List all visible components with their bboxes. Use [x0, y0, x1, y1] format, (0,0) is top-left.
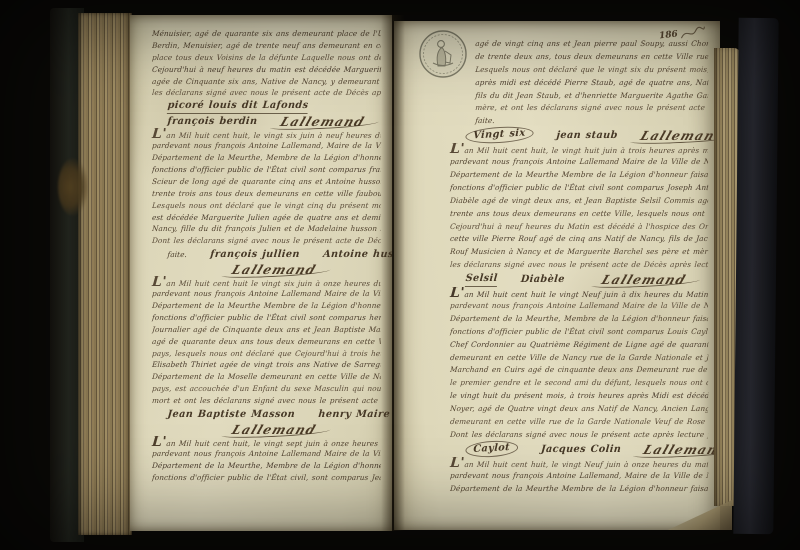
manuscript-line: Cejourd'hui à neuf heures du matin est d… — [151, 64, 381, 76]
manuscript-line: pays, est accouchée d'un Enfant du sexe … — [151, 383, 381, 395]
manuscript-line: les déclarans signé avec nous le présent… — [449, 259, 708, 272]
manuscript-line: fonctions d'officier public de l'État ci… — [449, 326, 708, 339]
signature: jean staub — [556, 129, 619, 143]
manuscript-line: pardevant nous françois Antoine Lalleman… — [449, 300, 708, 313]
manuscript-line: pardevant nous françois Antoine Lalleman… — [151, 288, 381, 300]
manuscript-line: Elisabeth Thiriet agée de vingt trois an… — [151, 359, 381, 371]
page-edge-stain — [58, 158, 88, 216]
manuscript-line: agée de Cinquante six ans, Native de Nan… — [151, 76, 381, 88]
manuscript-line: Scieur de long agé de quarante cinq ans … — [151, 176, 381, 188]
manuscript-line: L'an Mil huit cent huit, le vingt Neuf j… — [449, 457, 708, 470]
manuscript-line: Nancy, fille du dit françois Julien et d… — [151, 223, 381, 235]
manuscript-line: L'an Mil huit cent huit le vingt Neuf ju… — [449, 287, 708, 300]
manuscript-line: Dont les déclarans signé avec nous le pr… — [449, 429, 708, 442]
manuscript-line: Rouf Musicien à Nancy et de Marguerite B… — [449, 246, 708, 259]
manuscript-line: Chef Cordonnier au Quatrième Régiment de… — [449, 339, 708, 352]
manuscript-line: est décédée Marguerite Julien agée de qu… — [151, 212, 381, 224]
signature: Diabèle — [520, 273, 565, 287]
manuscript-line: Département de la Meurthe Membre de la L… — [449, 169, 708, 182]
manuscript-line: fils du dit Jean Staub, et d'henriette M… — [449, 90, 708, 103]
manuscript-line: Département de la Meurthe Membre de la L… — [449, 483, 708, 496]
manuscript-line: faite. — [449, 115, 708, 128]
manuscript-line: cette ville Pierre Rouf agé de cinq ans … — [449, 233, 708, 246]
manuscript-line: le vingt huit du présent mois, à trois h… — [449, 390, 708, 403]
signature: Jean Baptiste Masson — [167, 408, 296, 422]
signature: Lallemand — [600, 273, 689, 287]
manuscript-line: Lesquels nous ont déclaré que le vingt c… — [151, 200, 381, 212]
manuscript-line: fonctions d'officier public de l'État ci… — [151, 164, 381, 176]
signature: Lallemand — [278, 114, 367, 128]
manuscript-line: Cejourd'hui à neuf heures du Matin est d… — [449, 221, 708, 234]
right-page: 186 agé de vingt cinq ans et Jean pierre… — [394, 21, 720, 530]
signature: Lallemand — [638, 129, 720, 143]
manuscript-line: L'an Mil huit cent huit, le vingt huit j… — [449, 143, 708, 156]
book-cover-right — [733, 18, 778, 534]
signature-row: Lallemand — [151, 262, 381, 277]
manuscript-line: pays, lesquels nous ont déclaré que Cejo… — [151, 348, 381, 360]
manuscript-line: fonctions d'officier public de l'État ci… — [449, 182, 708, 195]
left-page: Ménuisier, agé de quarante six ans demeu… — [130, 15, 392, 531]
signature-row: CaylotJacques ColinLallemand — [449, 442, 708, 457]
manuscript-line: agé de vingt cinq ans et Jean pierre pau… — [449, 38, 708, 51]
signature-row: Vingt sixjean staubLallemand — [449, 128, 708, 143]
signature: Jacques Colin — [540, 443, 621, 457]
manuscript-line: Diabèle agé de vingt deux ans, et Jean B… — [449, 195, 708, 208]
signature: faite. — [167, 248, 188, 262]
manuscript-line: trente ans tous deux demeurans en cette … — [449, 208, 708, 221]
manuscript-line: Ménuisier, agé de quarante six ans demeu… — [151, 28, 381, 40]
signature: Lallemand — [642, 443, 720, 457]
manuscript-line: demeurant en cette Ville de Nancy rue de… — [449, 352, 708, 365]
signature: picoré louis dit Lafonds — [167, 99, 309, 114]
manuscript-line: place tous deux Voisins de la défunte La… — [151, 52, 381, 64]
manuscript-line: mère, et ont les déclarans signé avec no… — [449, 102, 708, 115]
signature: Selsil — [465, 272, 498, 287]
manuscript-line: Berdin, Menuisier, agé de trente neuf an… — [151, 40, 381, 52]
manuscript-line: pardevant nous françois Antoine Lalleman… — [151, 448, 381, 460]
manuscript-line: Noyer, agé de Quatre vingt deux ans Nati… — [449, 403, 708, 416]
manuscript-line: fonctions d'officier public de l'État ci… — [151, 472, 381, 484]
manuscript-line: après midi est décédé Pierre Staub, agé … — [449, 77, 708, 90]
manuscript-line: Marchand en Cuirs agé de cinquante deux … — [449, 364, 708, 377]
left-page-text: Ménuisier, agé de quarante six ans demeu… — [130, 15, 392, 531]
signature-row: SelsilDiabèleLallemand — [449, 272, 708, 287]
signature: Lallemand — [230, 262, 319, 276]
manuscript-line: Département de la Meurthe Membre de la L… — [151, 300, 381, 312]
manuscript-line: Département de la Moselle demeurant en c… — [151, 371, 381, 383]
signature-row: Lallemand — [151, 422, 381, 437]
manuscript-line: demeurant en cette ville rue de la Garde… — [449, 416, 708, 429]
manuscript-line: L'an Mil huit cent huit, le vingt six ju… — [151, 128, 381, 140]
manuscript-line: Département de la Meurthe, Membre de la … — [449, 313, 708, 326]
manuscript-line: Journalier agé de Cinquante deux ans et … — [151, 324, 381, 336]
manuscript-line: agé de quarante deux ans tous deux demeu… — [151, 336, 381, 348]
signature: Antoine husson — [322, 248, 392, 262]
signature: Lallemand — [230, 422, 319, 436]
manuscript-line: fonctions d'officier public de l'État ci… — [151, 312, 381, 324]
manuscript-line: Dont les déclarans signé avec nous le pr… — [151, 235, 381, 247]
right-page-text: agé de vingt cinq ans et Jean pierre pau… — [394, 21, 720, 530]
manuscript-line: pardevant nous françois Antoine Lalleman… — [449, 470, 708, 483]
manuscript-line: L'an Mil huit cent huit le vingt six jui… — [151, 276, 381, 288]
manuscript-line: Département de la Meurthe, Membre de la … — [151, 152, 381, 164]
signature-row: faite.françois jullienAntoine husson — [151, 247, 381, 262]
signature-row: françois berdinLallemand — [151, 114, 381, 129]
manuscript-line: de trente deux ans, tous deux demeurans … — [449, 51, 708, 64]
manuscript-line: Département de la Meurthe, Membre de la … — [151, 460, 381, 472]
manuscript-line: pardevant nous françois Antoine Lalleman… — [449, 156, 708, 169]
signature: Caylot — [465, 439, 518, 458]
page-edges-left — [78, 13, 132, 535]
signature-row: picoré louis dit Lafonds — [151, 99, 381, 114]
signature: henry Maire — [318, 408, 391, 422]
manuscript-line: pardevant nous françois Antoine Lalleman… — [151, 140, 381, 152]
manuscript-line: le premier gendre et le second ami du dé… — [449, 377, 708, 390]
manuscript-line: trente trois ans tous deux demeurans en … — [151, 188, 381, 200]
signature-row: Jean Baptiste Massonhenry Maire — [151, 407, 381, 422]
manuscript-line: L'an Mil huit cent huit, le vingt sept j… — [151, 436, 381, 448]
manuscript-line: Lesquels nous ont déclaré que le vingt s… — [449, 64, 708, 77]
signature: françois jullien — [210, 248, 301, 262]
manuscript-line: mort et ont les déclarans signé avec nou… — [151, 395, 381, 407]
register-photo: Ménuisier, agé de quarante six ans demeu… — [0, 0, 800, 550]
signature: françois berdin — [167, 114, 258, 128]
